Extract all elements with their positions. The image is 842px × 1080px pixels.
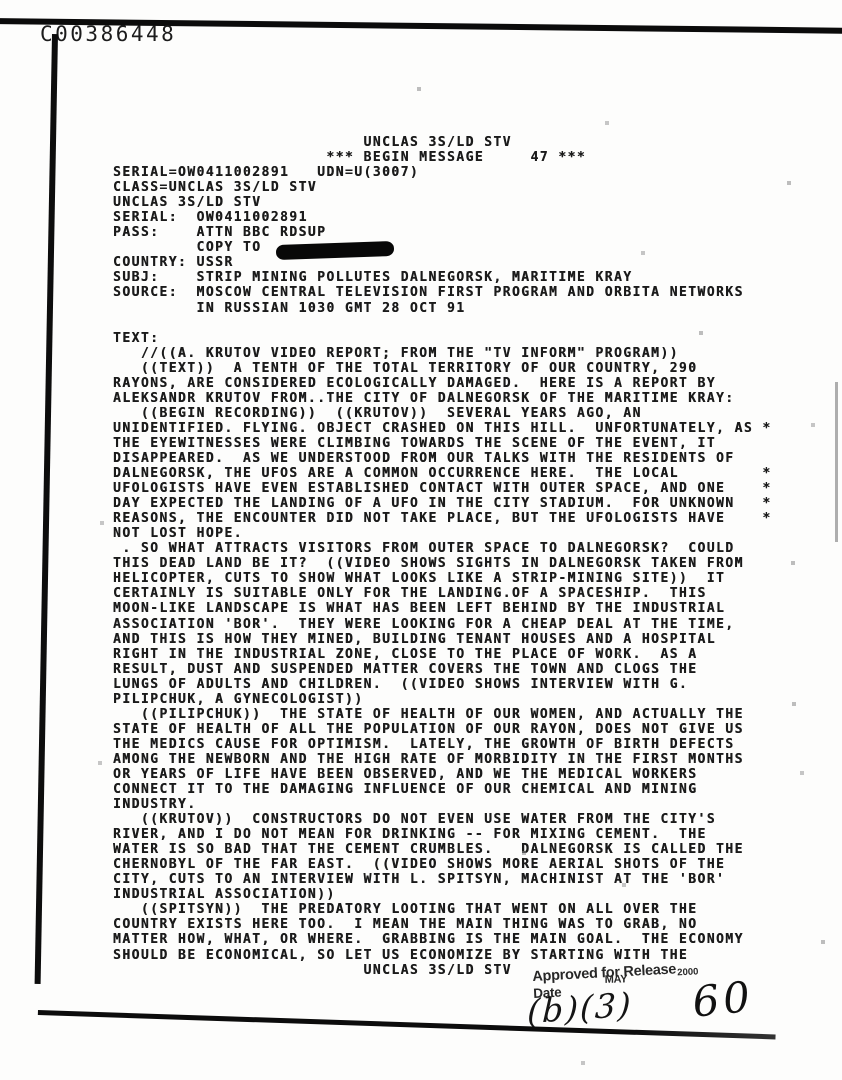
scan-noise-dots [0,0,2,2]
scan-artifact-left-edge [35,34,58,984]
scan-artifact-bottom-line [38,1010,776,1039]
document-body: UNCLAS 3S/LD STV *** BEGIN MESSAGE 47 **… [113,135,772,978]
document-id: C00386448 [40,22,176,46]
scanned-document-page: C00386448 UNCLAS 3S/LD STV *** BEGIN MES… [0,0,842,1080]
stamp-month: MAY [605,973,628,985]
scan-artifact-right-edge [835,382,838,542]
handwritten-page-number: 60 [690,972,756,1027]
handwritten-exemption-code: (b)(3) [527,985,634,1032]
